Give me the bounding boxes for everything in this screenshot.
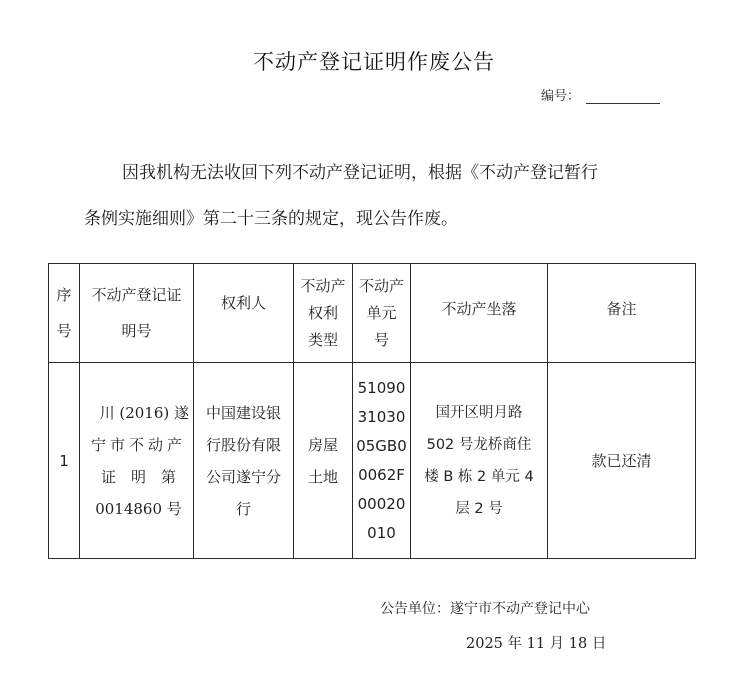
right-type-line: 房屋 [294, 429, 352, 461]
cell-remarks: 款已还清 [548, 363, 696, 559]
unit-no-line: 00020 [353, 490, 410, 519]
header-cert-no: 不动产登记证 明号 [80, 264, 194, 363]
unit-no-line: 31030 [353, 403, 410, 432]
table-header-row: 序 号 不动产登记证 明号 权利人 不动产 权利 类型 不动产 单元 号 不动产… [49, 264, 696, 363]
unit-no-line: 05GB0 [353, 432, 410, 461]
notice-paragraph-line-2: 条例实施细则》第二十三条的规定，现公告作废。 [84, 204, 674, 229]
holder-line: 公司遂宁分 [194, 461, 293, 493]
notice-paragraph-line-1: 因我机构无法收回下列不动产登记证明，根据《不动产登记暂行 [122, 158, 712, 183]
page-title: 不动产登记证明作废公告 [0, 46, 748, 76]
location-line: 层 2 号 [411, 493, 547, 525]
document-number-label: 编号： [541, 85, 580, 104]
table-row: 1 川 (2016) 遂 宁市不动产 证 明 第 0014860 号 中国建设银… [49, 363, 696, 559]
holder-line: 中国建设银 [194, 397, 293, 429]
cert-no-line: 0014860 号 [88, 493, 189, 525]
document-number-blank [586, 91, 660, 104]
location-line: 国开区明月路 [411, 397, 547, 429]
header-unit-no-line: 不动产 [353, 273, 410, 300]
cert-no-line: 宁市不动产 [88, 429, 189, 461]
header-unit-no-line: 单元 [353, 300, 410, 327]
location-line: 502 号龙桥商住 [411, 429, 547, 461]
unit-no-line: 010 [353, 519, 410, 548]
header-seq-line: 号 [49, 313, 79, 349]
header-right-type: 不动产 权利 类型 [294, 264, 353, 363]
header-right-type-line: 不动产 [294, 273, 352, 300]
unit-no-line: 51090 [353, 374, 410, 403]
header-holder: 权利人 [194, 264, 294, 363]
header-right-type-line: 类型 [294, 327, 352, 354]
right-type-line: 土地 [294, 461, 352, 493]
unit-no-line: 0062F [353, 461, 410, 490]
header-cert-no-line: 明号 [80, 313, 193, 349]
cell-cert-no: 川 (2016) 遂 宁市不动产 证 明 第 0014860 号 [80, 363, 194, 559]
header-unit-no: 不动产 单元 号 [353, 264, 411, 363]
issue-date: 2025 年 11 月 18 日 [466, 632, 606, 653]
location-line: 楼 B 栋 2 单元 4 [411, 461, 547, 493]
cell-holder: 中国建设银 行股份有限 公司遂宁分 行 [194, 363, 294, 559]
header-cert-no-line: 不动产登记证 [80, 277, 193, 313]
header-unit-no-line: 号 [353, 327, 410, 354]
holder-line: 行股份有限 [194, 429, 293, 461]
cell-seq: 1 [49, 363, 80, 559]
holder-line: 行 [194, 493, 293, 525]
document-number: 编号： [541, 85, 660, 104]
cert-no-line: 证 明 第 [88, 461, 189, 493]
cell-location: 国开区明月路 502 号龙桥商住 楼 B 栋 2 单元 4 层 2 号 [411, 363, 548, 559]
cert-no-line: 川 (2016) 遂 [88, 397, 189, 429]
header-seq-line: 序 [49, 277, 79, 313]
header-location: 不动产坐落 [411, 264, 548, 363]
certificate-table: 序 号 不动产登记证 明号 权利人 不动产 权利 类型 不动产 单元 号 不动产… [48, 263, 696, 559]
header-remarks: 备注 [548, 264, 696, 363]
header-seq: 序 号 [49, 264, 80, 363]
cell-right-type: 房屋 土地 [294, 363, 353, 559]
issuer: 公告单位：遂宁市不动产登记中心 [380, 598, 590, 618]
cell-unit-no: 51090 31030 05GB0 0062F 00020 010 [353, 363, 411, 559]
header-right-type-line: 权利 [294, 300, 352, 327]
